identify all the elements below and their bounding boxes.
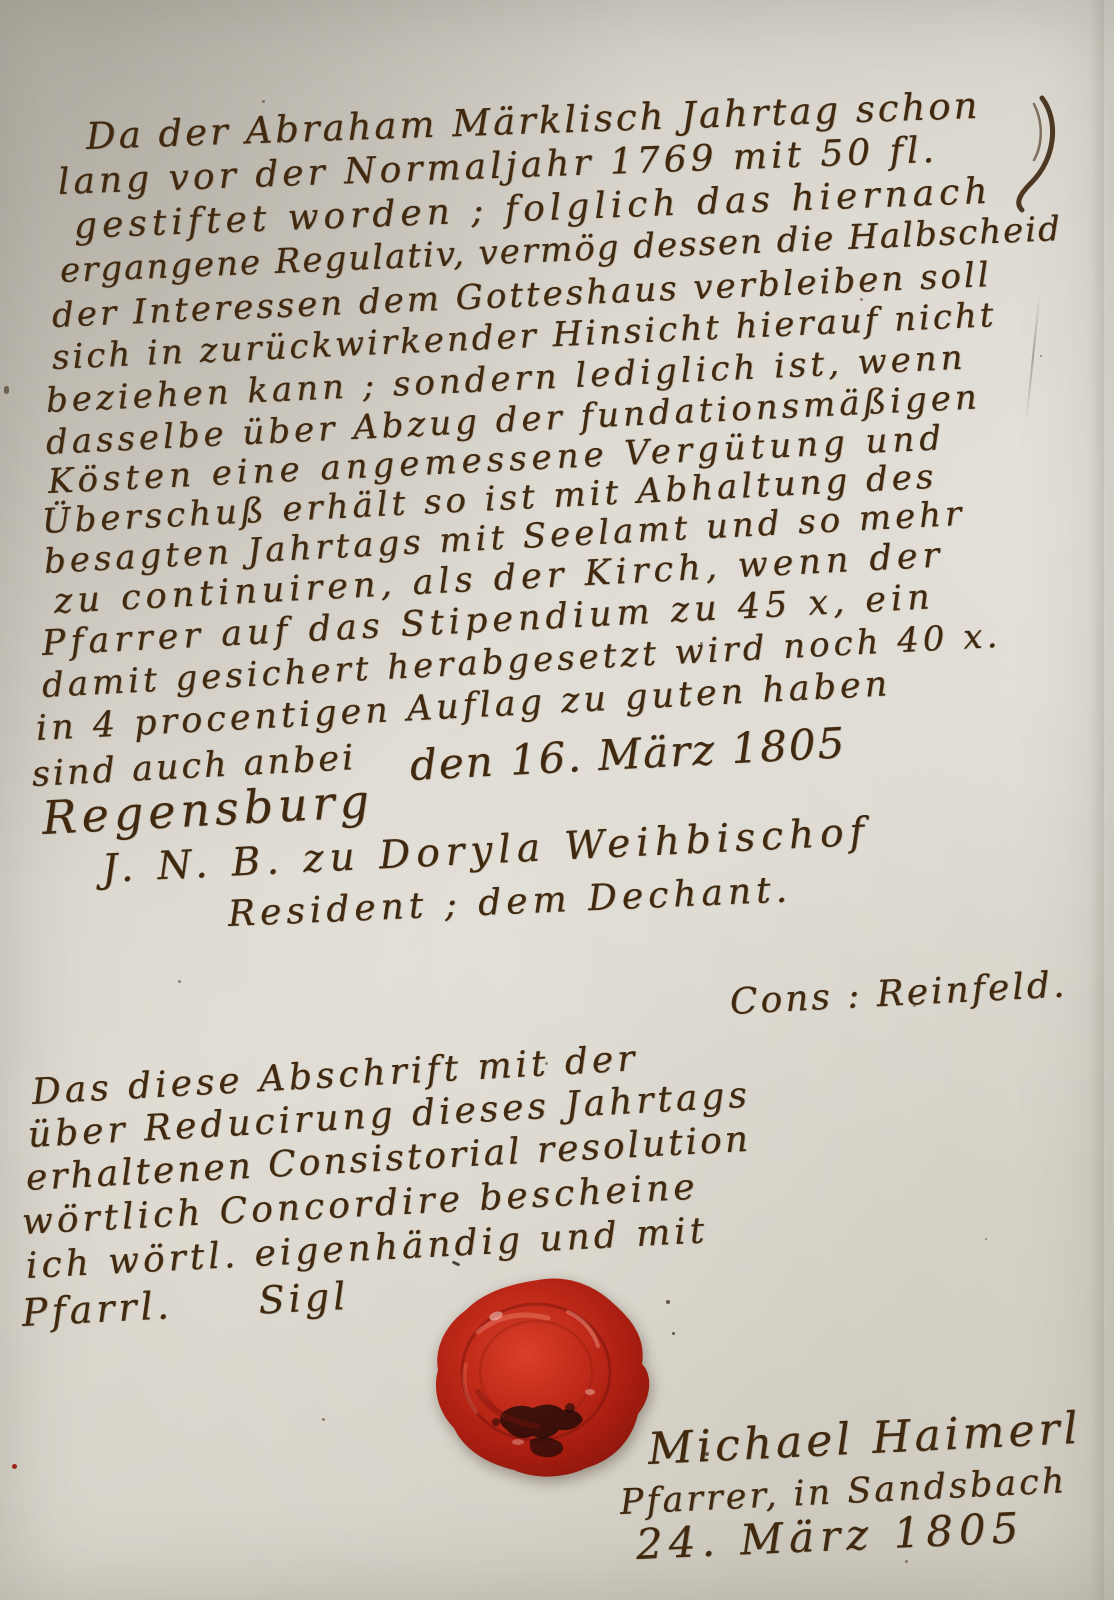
red-wax-seal-icon (418, 1272, 658, 1482)
pastor-signature-name: Michael Haimerl (647, 1407, 1083, 1472)
speck (322, 1418, 325, 1421)
dateline-date: den 16. März 1805 (409, 722, 847, 787)
consistory-signature: Cons : Reinfeld. (729, 967, 1068, 1021)
speck (262, 100, 265, 103)
red-wax-droplet (12, 1464, 17, 1469)
ink-fleck (672, 1332, 675, 1335)
speck (700, 642, 703, 645)
ink-fleck (705, 1452, 709, 1456)
speck (860, 298, 863, 301)
ink-flourish (1004, 94, 1074, 214)
wax-seal (418, 1272, 658, 1482)
ink-fleck (666, 1300, 670, 1304)
speck (905, 1560, 908, 1563)
speck (913, 1004, 916, 1007)
speck (545, 1062, 548, 1065)
manuscript-page: Da der Abraham Märklisch Jahrtag schon l… (0, 0, 1114, 1600)
paper-fiber (1025, 292, 1041, 421)
attestation-line: Pfarrl. Sigl (21, 1277, 350, 1332)
speck (1040, 355, 1042, 357)
speck (985, 1238, 987, 1240)
ink-fleck (4, 386, 9, 394)
paper-crease (1090, 0, 1104, 1600)
speck (178, 980, 181, 983)
